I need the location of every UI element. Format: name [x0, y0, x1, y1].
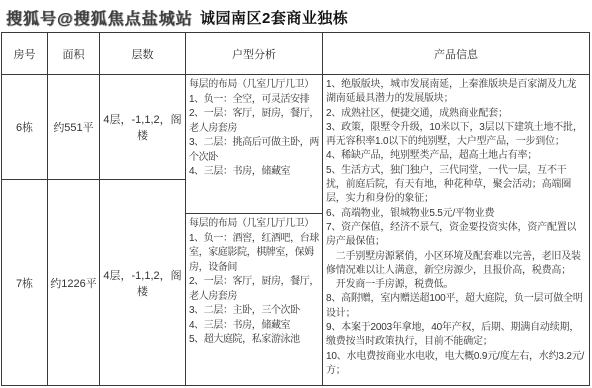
cell-product-info: 1、绝版版块，城市发展南延，上秦淮版块是百家湖及九龙湖南延最具潜力的发展版块； … — [323, 75, 589, 385]
product-info-line: 10、水电费按商业水电收，电大概0.9元/度左右，水约3.2元/方； — [326, 350, 586, 379]
listing-table: 房号 6栋 7栋 面积 约551平 约1226平 层数 4层，-1,1,2，阁楼… — [1, 32, 590, 386]
cell-area-row2: 约1226平 — [48, 180, 99, 385]
sohu-watermark: 搜狐号@搜狐焦点盐城站 — [6, 6, 193, 29]
product-info-line: 7、资产保值，经济不景气，资金要投资实体，资产配置以房产最保值； — [326, 221, 586, 250]
layout-line: 每层的布局（几室几厅几卫） — [189, 217, 319, 232]
column-layout: 户型分析 每层的布局（几室几厅几卫） 1、负一：全空，可灵活安排 2、一层：客厅… — [186, 33, 323, 385]
product-info-line: 9、本案于2003年拿地，40年产权，后期、期满自动续期，缴费按当时政策执行，目… — [326, 321, 586, 350]
document-page: 搜狐号@搜狐焦点盐城站 诚园南区2套商业独栋 房号 6栋 7栋 面积 约551平… — [0, 0, 592, 388]
layout-line: 3、二层：挑高后可做主卧，两个次卧 — [189, 136, 319, 165]
title-bar: 搜狐号@搜狐焦点盐城站 诚园南区2套商业独栋 — [0, 0, 592, 32]
product-info-line: 3、政策，限墅令升级，10米以下，3层以下建筑土地不批，再无容积率1.0以下的纯… — [326, 121, 586, 150]
product-info-line: 8、高附赠，室内赠送超100平，超大庭院，负一层可做全明设计； — [326, 292, 586, 321]
column-product-info: 产品信息 1、绝版版块，城市发展南延，上秦淮版块是百家湖及九龙湖南延最具潜力的发… — [323, 33, 589, 385]
column-header-area: 面积 — [48, 33, 99, 75]
product-info-line: 4、稀缺产品，纯别墅类产品，超高土地占有率； — [326, 149, 586, 163]
column-header-product-info: 产品信息 — [323, 33, 589, 75]
product-info-line: 2、成熟社区，便捷交通，成熟商业配套； — [326, 107, 586, 121]
layout-line: 5、超大庭院，私家游泳池 — [189, 333, 319, 348]
layout-line: 4、三层：书房，储藏室 — [189, 319, 319, 334]
layout-line: 每层的布局（几室几厅几卫） — [189, 78, 319, 93]
product-info-line: 5、生活方式，独门独户，三代同堂，一代一层，互不干扰，前庭后院，有天有地，种花种… — [326, 164, 586, 207]
column-floors: 层数 4层，-1,1,2，阁楼 4层，-1,1,2，阁楼 — [100, 33, 186, 385]
cell-floors-row1: 4层，-1,1,2，阁楼 — [100, 75, 185, 180]
cell-unit-row2: 7栋 — [2, 180, 47, 385]
layout-line: 4、三层：书房，储藏室 — [189, 165, 319, 180]
cell-unit-row1: 6栋 — [2, 75, 47, 180]
cell-layout-row1: 每层的布局（几室几厅几卫） 1、负一：全空，可灵活安排 2、一层：客厅，厨房，餐… — [186, 75, 322, 214]
product-info-line: 开发商一手房源，税费低。 — [326, 278, 586, 292]
layout-line: 1、负一：酒窖，红酒吧，台球室，家庭影院，棋牌室，保姆房，设备间 — [189, 232, 319, 276]
column-header-unit: 房号 — [2, 33, 47, 75]
layout-line: 2、一层：客厅，厨房，餐厅，老人房套房 — [189, 107, 319, 136]
column-area: 面积 约551平 约1226平 — [48, 33, 100, 385]
cell-area-row1: 约551平 — [48, 75, 99, 180]
product-info-line: 1、绝版版块，城市发展南延，上秦淮版块是百家湖及九龙湖南延最具潜力的发展版块； — [326, 78, 586, 107]
page-title: 诚园南区2套商业独栋 — [200, 7, 348, 28]
product-info-line: 二手别墅房源紧俏，小区环境及配套难以完善，老旧及装修情况难以让人满意，新空房源少… — [326, 250, 586, 279]
layout-line: 3、二层：主卧，三个次卧 — [189, 304, 319, 319]
column-header-floors: 层数 — [100, 33, 185, 75]
column-unit: 房号 6栋 7栋 — [2, 33, 48, 385]
product-info-line: 6、高端物业，银城物业5.5元/平物业费 — [326, 207, 586, 221]
layout-line: 2、一层：客厅，厨房，餐厅，老人房套房 — [189, 275, 319, 304]
layout-line: 1、负一：全空，可灵活安排 — [189, 93, 319, 108]
cell-layout-row2: 每层的布局（几室几厅几卫） 1、负一：酒窖，红酒吧，台球室，家庭影院，棋牌室，保… — [186, 214, 322, 385]
cell-floors-row2: 4层，-1,1,2，阁楼 — [100, 180, 185, 385]
column-header-layout: 户型分析 — [186, 33, 322, 75]
